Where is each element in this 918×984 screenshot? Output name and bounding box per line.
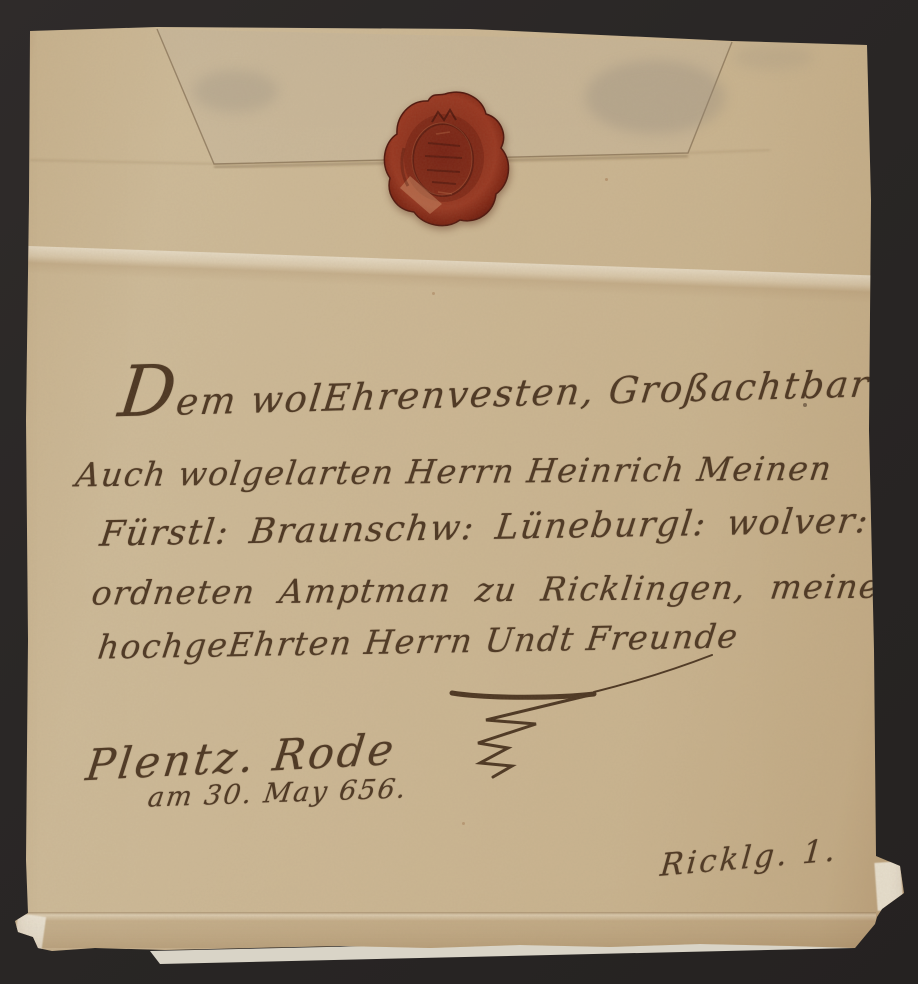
letter-photo: Dem wolEhrenvesten, Großachtbarn Auch wo… bbox=[0, 0, 918, 984]
paper-edge-shading bbox=[0, 0, 918, 984]
letter-sheet: Dem wolEhrenvesten, Großachtbarn Auch wo… bbox=[0, 0, 918, 984]
